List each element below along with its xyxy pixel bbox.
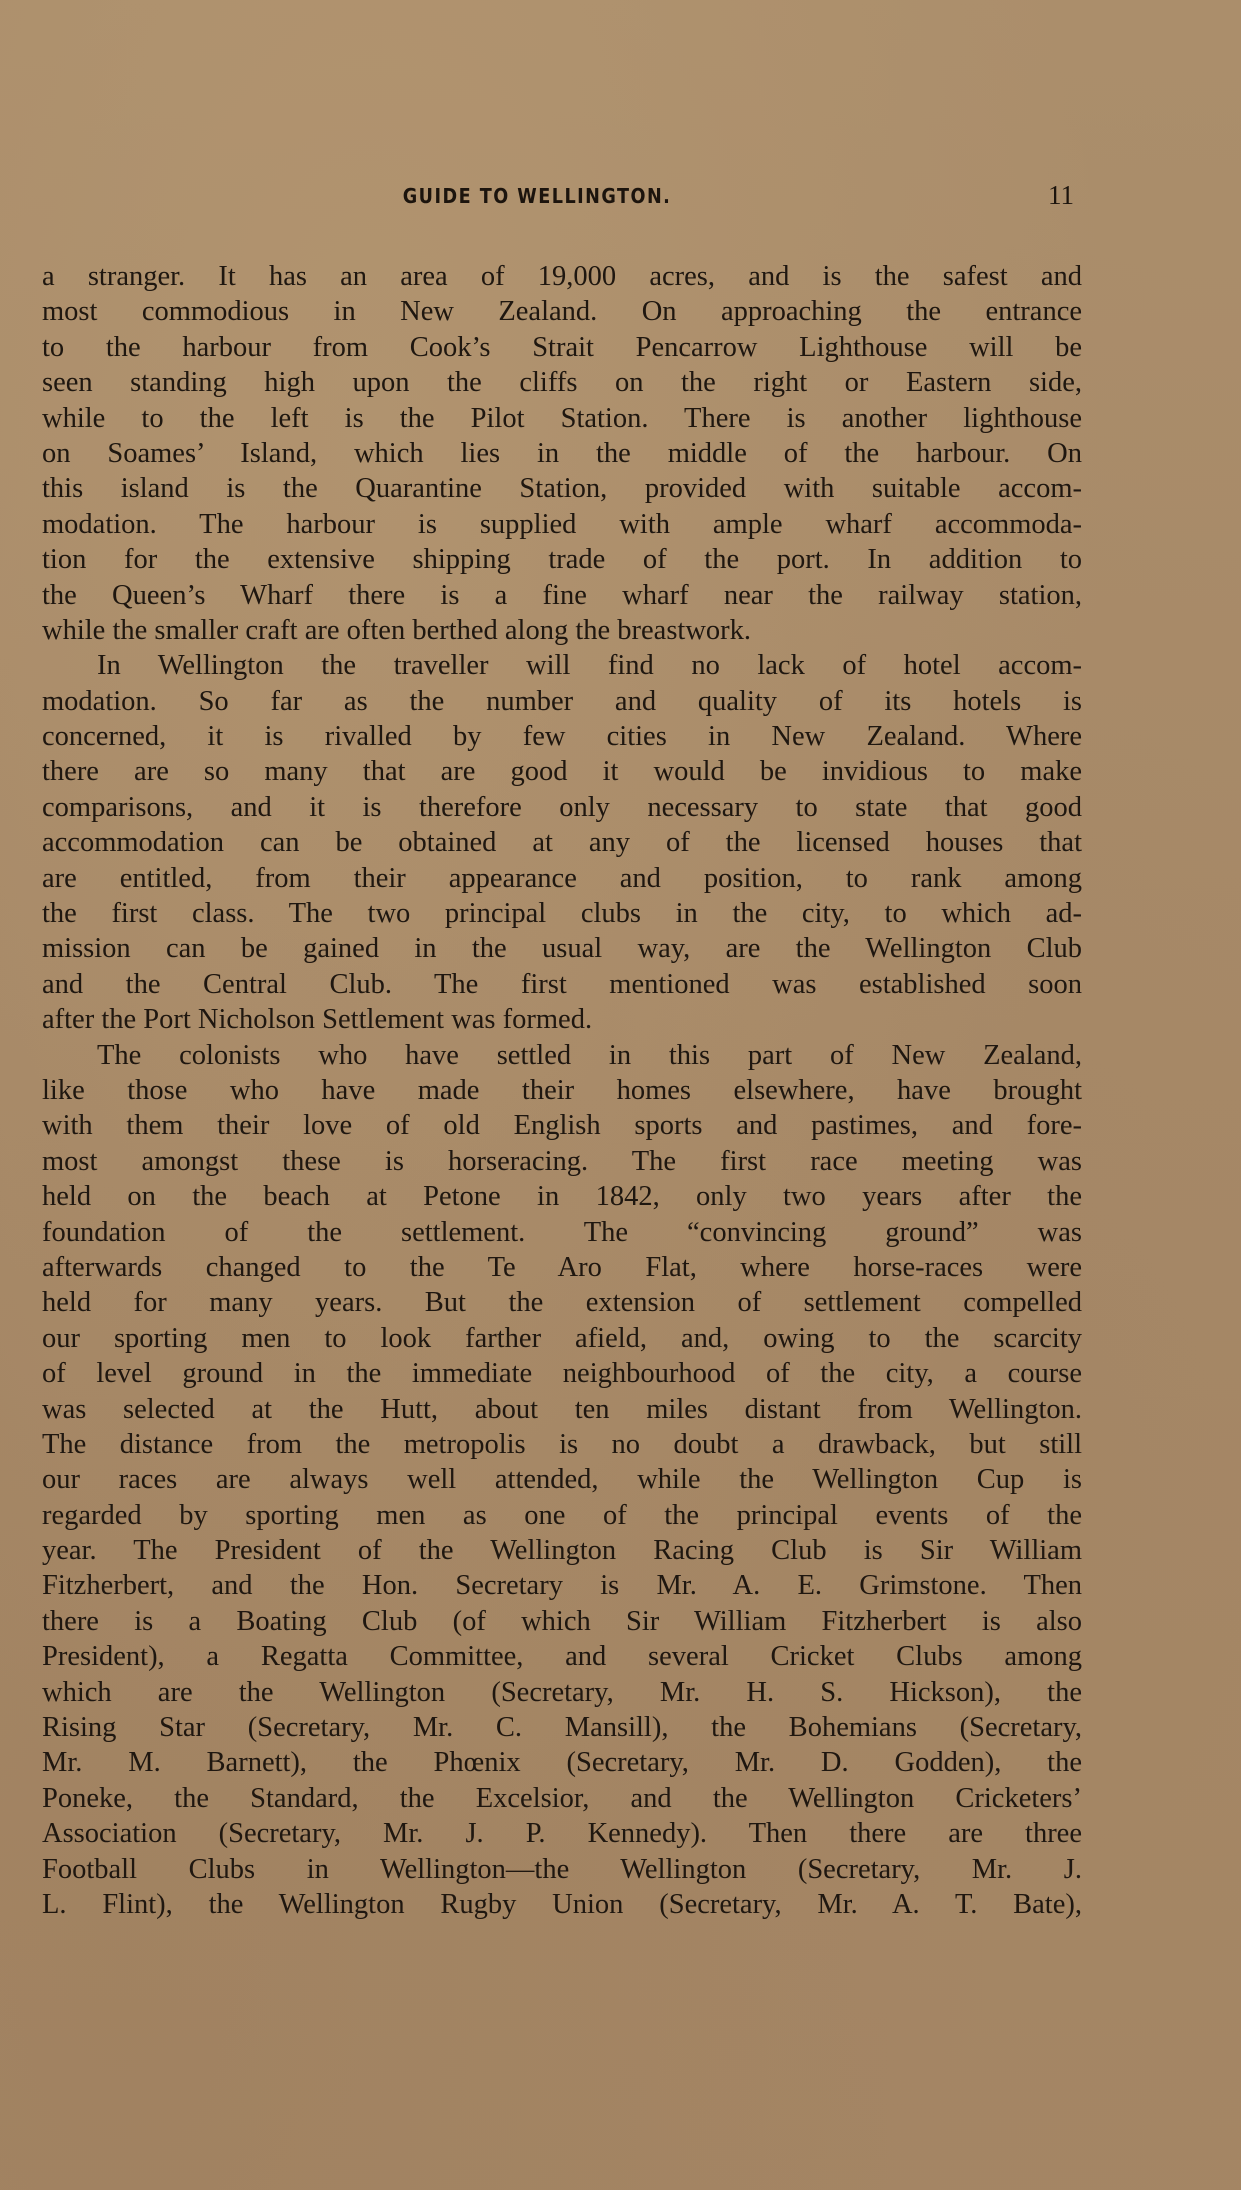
text-line: a stranger. It has an area of 19,000 acr…	[42, 259, 1082, 294]
text-line: was selected at the Hutt, about ten mile…	[42, 1392, 1082, 1427]
text-line: seen standing high upon the cliffs on th…	[42, 365, 1082, 400]
text-line: Mr. M. Barnett), the Phœnix (Secretary, …	[42, 1745, 1082, 1780]
text-line: mission can be gained in the usual way, …	[42, 931, 1082, 966]
text-line: held for many years. But the extension o…	[42, 1285, 1082, 1320]
text-line: most commodious in New Zealand. On appro…	[42, 294, 1082, 329]
body-text: a stranger. It has an area of 19,000 acr…	[42, 259, 1082, 1922]
text-line: which are the Wellington (Secretary, Mr.…	[42, 1675, 1082, 1710]
text-line: are entitled, from their appearance and …	[42, 861, 1082, 896]
text-line: regarded by sporting men as one of the p…	[42, 1498, 1082, 1533]
paragraph-start-line: The colonists who have settled in this p…	[42, 1038, 1082, 1073]
text-line: Fitzherbert, and the Hon. Secretary is M…	[42, 1568, 1082, 1603]
text-line: modation. So far as the number and quali…	[42, 684, 1082, 719]
text-line: The distance from the metropolis is no d…	[42, 1427, 1082, 1462]
text-line: after the Port Nicholson Settlement was …	[42, 1002, 1082, 1037]
running-head: GUIDE TO WELLINGTON. 11	[0, 184, 1241, 220]
text-line: our races are always well attended, whil…	[42, 1462, 1082, 1497]
text-line: there are so many that are good it would…	[42, 754, 1082, 789]
text-line: our sporting men to look farther afield,…	[42, 1321, 1082, 1356]
text-line: held on the beach at Petone in 1842, onl…	[42, 1179, 1082, 1214]
text-line: President), a Regatta Committee, and sev…	[42, 1639, 1082, 1674]
text-line: to the harbour from Cook’s Strait Pencar…	[42, 330, 1082, 365]
text-line: accommodation can be obtained at any of …	[42, 825, 1082, 860]
text-line: while to the left is the Pilot Station. …	[42, 401, 1082, 436]
text-line: tion for the extensive shipping trade of…	[42, 542, 1082, 577]
text-line: the Queen’s Wharf there is a fine wharf …	[42, 578, 1082, 613]
text-line: on Soames’ Island, which lies in the mid…	[42, 436, 1082, 471]
text-line: of level ground in the immediate neighbo…	[42, 1356, 1082, 1391]
book-page: GUIDE TO WELLINGTON. 11 a stranger. It h…	[0, 0, 1241, 2190]
text-line: Rising Star (Secretary, Mr. C. Mansill),…	[42, 1710, 1082, 1745]
paragraph-start-line: In Wellington the traveller will find no…	[42, 648, 1082, 683]
text-line: with them their love of old English spor…	[42, 1108, 1082, 1143]
text-line: this island is the Quarantine Station, p…	[42, 471, 1082, 506]
text-line: comparisons, and it is therefore only ne…	[42, 790, 1082, 825]
text-line: and the Central Club. The first mentione…	[42, 967, 1082, 1002]
text-line: Association (Secretary, Mr. J. P. Kenned…	[42, 1816, 1082, 1851]
text-line: like those who have made their homes els…	[42, 1073, 1082, 1108]
page-number: 11	[1048, 180, 1074, 211]
text-line: modation. The harbour is supplied with a…	[42, 507, 1082, 542]
text-line: while the smaller craft are often berthe…	[42, 613, 1082, 648]
text-line: the first class. The two principal clubs…	[42, 896, 1082, 931]
text-line: Poneke, the Standard, the Excelsior, and…	[42, 1781, 1082, 1816]
running-title: GUIDE TO WELLINGTON.	[403, 184, 672, 208]
text-line: year. The President of the Wellington Ra…	[42, 1533, 1082, 1568]
text-line: L. Flint), the Wellington Rugby Union (S…	[42, 1887, 1082, 1922]
text-line: there is a Boating Club (of which Sir Wi…	[42, 1604, 1082, 1639]
text-line: most amongst these is horseracing. The f…	[42, 1144, 1082, 1179]
text-line: afterwards changed to the Te Aro Flat, w…	[42, 1250, 1082, 1285]
text-line: foundation of the settlement. The “convi…	[42, 1215, 1082, 1250]
text-line: concerned, it is rivalled by few cities …	[42, 719, 1082, 754]
text-line: Football Clubs in Wellington—the Welling…	[42, 1852, 1082, 1887]
